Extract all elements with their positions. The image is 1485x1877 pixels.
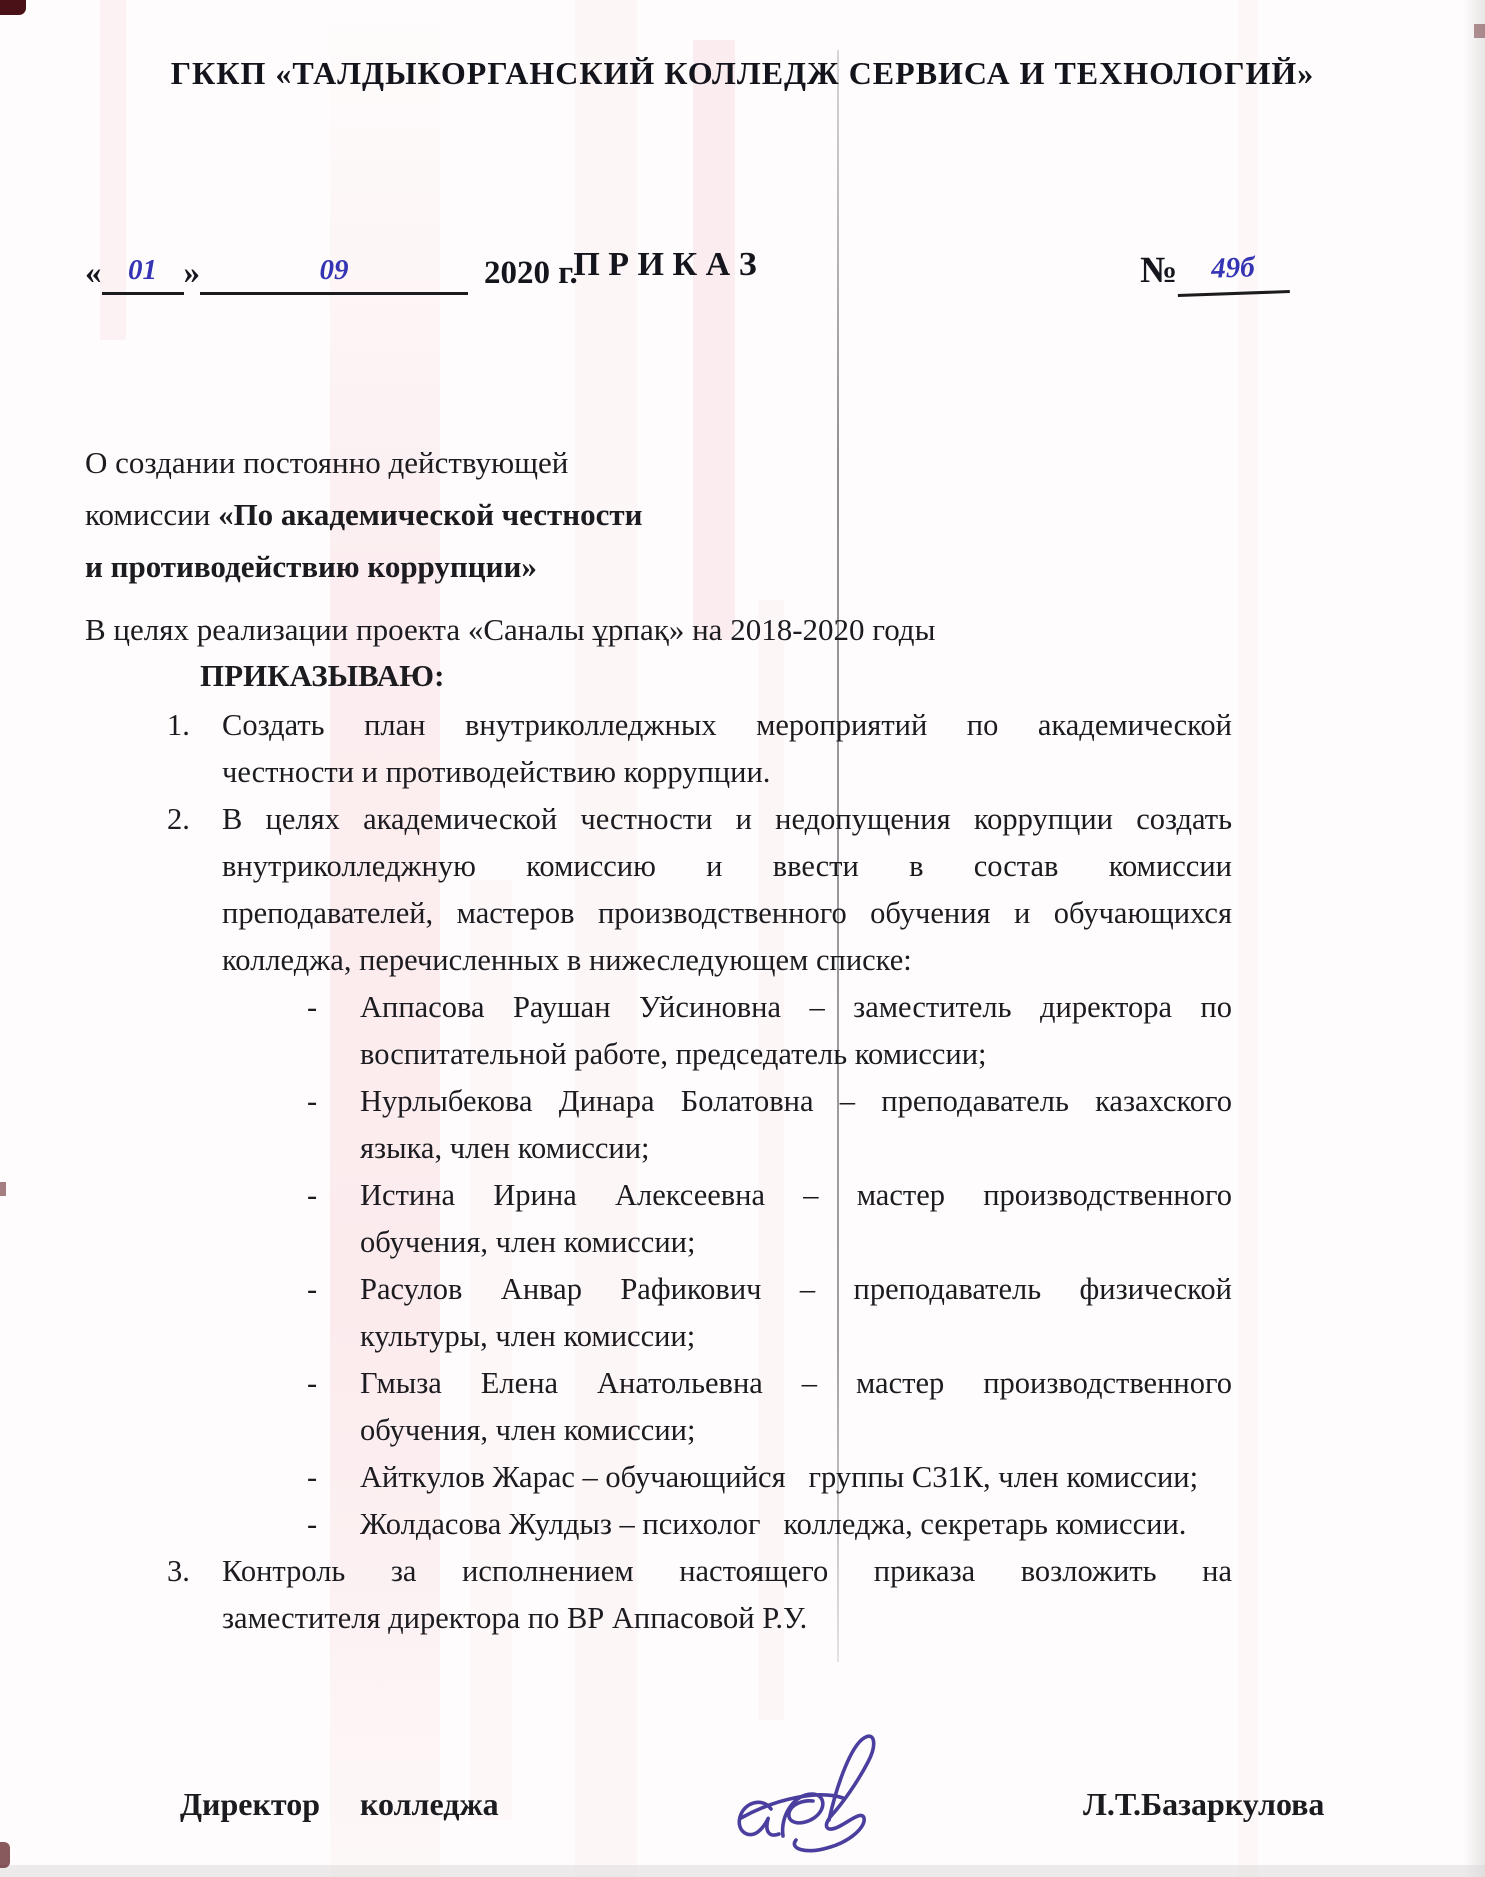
handwritten-day: 01 — [128, 254, 157, 286]
handwritten-month: 09 — [320, 254, 349, 286]
subject-line: и противодействию коррупции» — [85, 541, 643, 593]
member-item: -Айткулов Жарас – обучающийся группы С31… — [85, 1454, 1232, 1501]
order-item-line: преподавателей, мастеров производственно… — [85, 890, 1232, 937]
member-item-line: воспитательной работе, председатель коми… — [85, 1031, 1232, 1078]
date-line: «01»092020 г. — [85, 247, 578, 295]
order-item-line: честности и противодействию коррупции. — [85, 749, 1232, 796]
member-item-line: обучения, член комиссии; — [85, 1407, 1232, 1454]
scanned-order-document: ГККП «ТАЛДЫКОРГАНСКИЙ КОЛЛЕДЖ СЕРВИСА И … — [0, 0, 1485, 1877]
number-sign: № — [1140, 247, 1177, 295]
quote-close: » — [184, 251, 201, 295]
member-item-line: обучения, член комиссии; — [85, 1219, 1232, 1266]
order-item-line: колледжа, перечисленных в нижеследующем … — [85, 937, 1232, 984]
order-body: 1.Создать план внутриколледжных мероприя… — [85, 702, 1232, 1642]
member-item-line: языка, член комиссии; — [85, 1125, 1232, 1172]
preamble: В целях реализации проекта «Саналы ұрпақ… — [85, 612, 935, 648]
resolve-word: ПРИКАЗЫВАЮ: — [200, 658, 444, 694]
subject-line: комиссии «По академической честности — [85, 489, 643, 541]
order-item-line: заместителя директора по ВР Аппасовой Р.… — [85, 1595, 1232, 1642]
member-item: -Истина Ирина Алексеевна – мастер произв… — [85, 1172, 1232, 1219]
scan-edge-mark — [0, 0, 26, 15]
subject-line: О создании постоянно действующей — [85, 437, 643, 489]
quote-open: « — [85, 251, 102, 295]
signer-title: Директор колледжа — [180, 1786, 499, 1823]
member-item: -Расулов Анвар Рафикович – преподаватель… — [85, 1266, 1232, 1313]
member-item: -Гмыза Елена Анатольевна – мастер произв… — [85, 1360, 1232, 1407]
order-subject: О создании постоянно действующей комисси… — [85, 437, 643, 593]
scan-edge-mark — [0, 1182, 6, 1196]
order-number: №49б — [1140, 243, 1289, 295]
order-item: 1.Создать план внутриколледжных мероприя… — [85, 702, 1232, 749]
handwritten-signature-icon — [683, 1706, 898, 1866]
handwritten-number: 49б — [1211, 251, 1256, 284]
scan-edge-shadow — [0, 1865, 1485, 1877]
scan-streak — [693, 40, 735, 640]
organization-name: ГККП «ТАЛДЫКОРГАНСКИЙ КОЛЛЕДЖ СЕРВИСА И … — [0, 55, 1485, 92]
order-item: 3.Контроль за исполнением настоящего при… — [85, 1548, 1232, 1595]
order-item-line: внутриколледжную комиссию и ввести в сос… — [85, 843, 1232, 890]
document-type-title: П Р И К А З — [520, 246, 810, 284]
member-item: -Нурлыбекова Динара Болатовна – преподав… — [85, 1078, 1232, 1125]
signer-name: Л.Т.Базаркулова — [1083, 1786, 1324, 1823]
member-item: -Жолдасова Жулдыз – психолог колледжа, с… — [85, 1501, 1232, 1548]
member-item-line: культуры, член комиссии; — [85, 1313, 1232, 1360]
scan-edge-shadow — [1463, 0, 1485, 1877]
member-item: -Аппасова Раушан Уйсиновна – заместитель… — [85, 984, 1232, 1031]
order-item: 2.В целях академической честности и недо… — [85, 796, 1232, 843]
